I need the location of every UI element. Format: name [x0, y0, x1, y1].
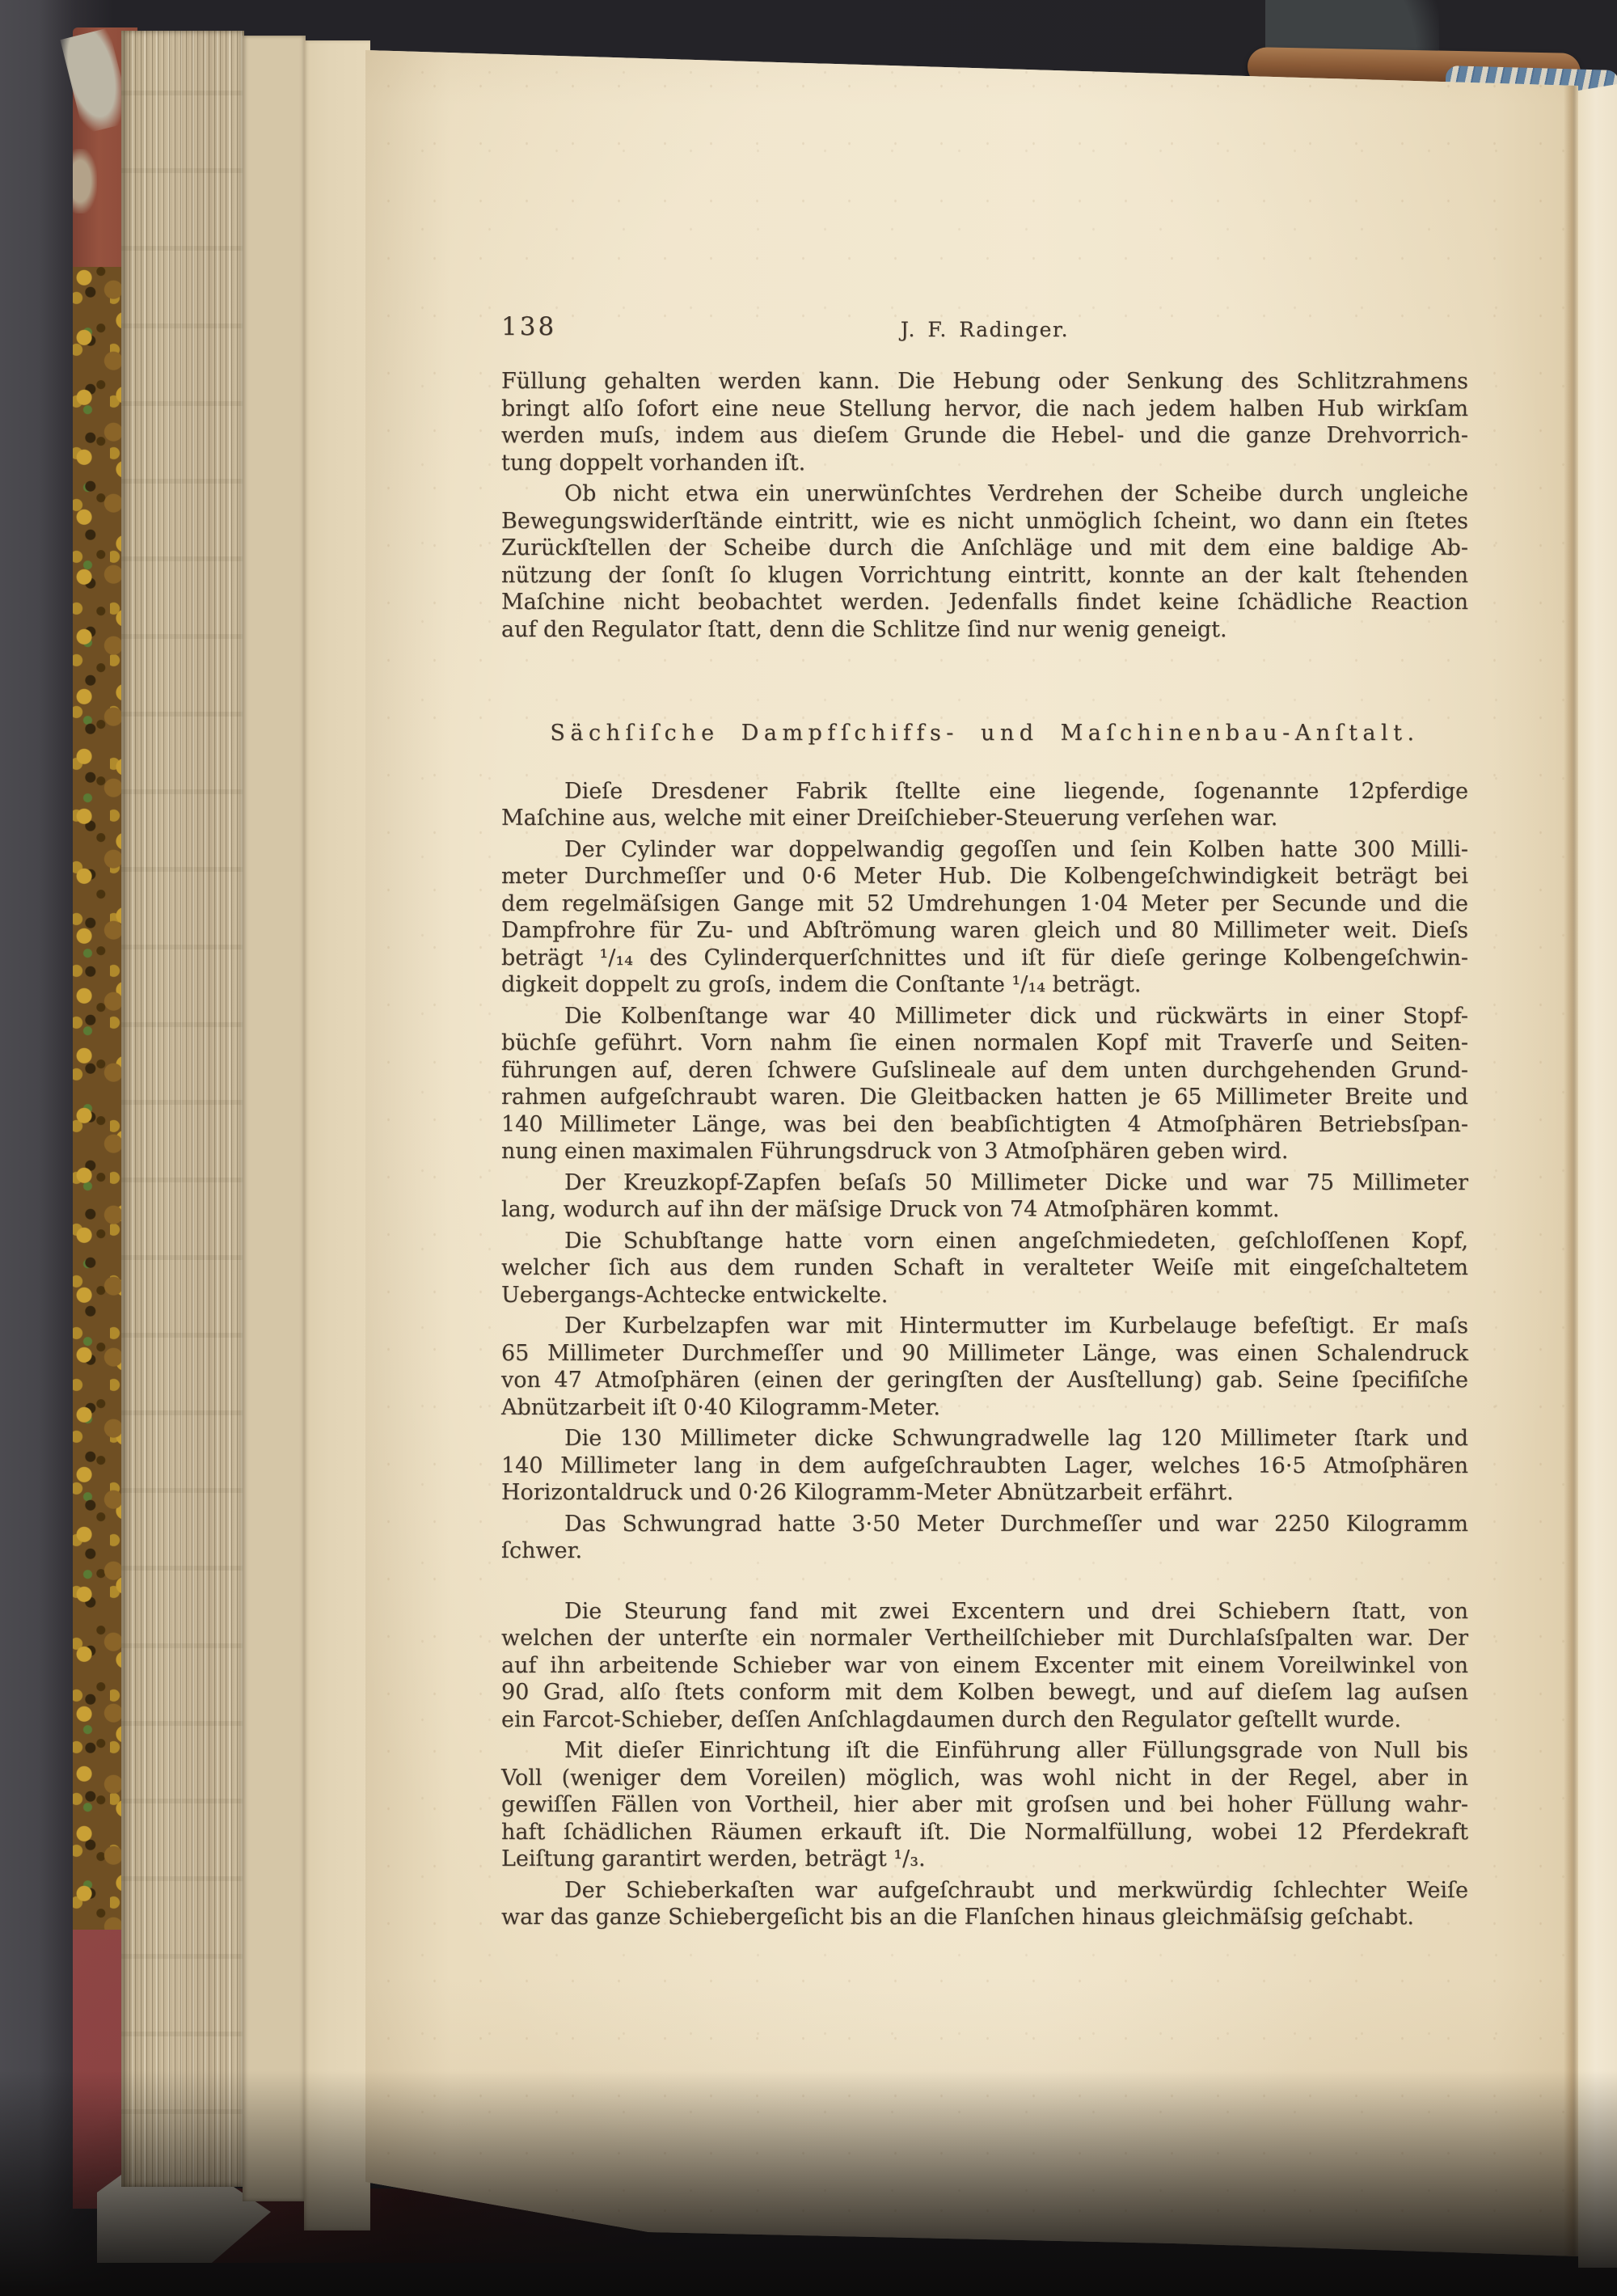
text-line: Der Kurbelzapfen war mit Hintermutter im… [501, 1313, 1468, 1340]
text-line: meter Durchmeſſer und 0·6 Meter Hub. Die… [501, 863, 1468, 890]
text-line: war das ganze Schiebergeſicht bis an die… [501, 1904, 1468, 1931]
paragraph: Die Steurung fand mit zwei Excentern und… [501, 1598, 1468, 1734]
text-line: Füllung gehalten werden kann. Die Hebung… [501, 368, 1468, 395]
paragraph: Der Kreuzkopf-Zapfen beſaſs 50 Millimete… [501, 1169, 1468, 1224]
text-line: beträgt ¹/₁₄ des Cylinderquerſchnittes u… [501, 945, 1468, 972]
paragraph: Die Schubſtange hatte vorn einen angeſch… [501, 1228, 1468, 1309]
text-line: Mit dieſer Einrichtung iſt die Einführun… [501, 1737, 1468, 1765]
paragraph: Der Cylinder war doppelwandig gegoſſen u… [501, 836, 1468, 999]
scanned-book-page: 138 J. F. Radinger. Füllung gehalten wer… [0, 0, 1617, 2296]
text-line: 90 Grad, alſo ſtets conform mit dem Kolb… [501, 1679, 1468, 1706]
text-line: Dampfrohre für Zu- und Abſtrömung waren … [501, 917, 1468, 945]
paragraph: Dieſe Dresdener Fabrik ſtellte eine lieg… [501, 778, 1468, 832]
paragraph: Der Kurbelzapfen war mit Hintermutter im… [501, 1313, 1468, 1421]
fore-edge-page-stack [121, 31, 244, 2187]
running-header: J. F. Radinger. [501, 318, 1468, 341]
page-gutter-crease [1564, 78, 1578, 2261]
text-line: dem regelmäſsigen Gange mit 52 Umdrehung… [501, 890, 1468, 918]
paragraph: Ob nicht etwa ein unerwünſchtes Verdrehe… [501, 480, 1468, 643]
text-line: Die 130 Millimeter dicke Schwungradwelle… [501, 1425, 1468, 1452]
vertical-gap [501, 1569, 1468, 1598]
text-line: 140 Millimeter Länge, was bei den beabſi… [501, 1111, 1468, 1139]
text-line: digkeit doppelt zu groſs, indem die Conſ… [501, 971, 1468, 999]
cover-wear-patch [73, 149, 97, 214]
text-line: Uebergangs-Achtecke entwickelte. [501, 1282, 1468, 1309]
text-line: welcher ſich aus dem runden Schaft in ve… [501, 1254, 1468, 1282]
text-line: Das Schwungrad hatte 3·50 Meter Durchmeſ… [501, 1511, 1468, 1538]
paragraph: Füllung gehalten werden kann. Die Hebung… [501, 368, 1468, 476]
text-line: bringt alſo ſofort eine neue Stellung he… [501, 395, 1468, 423]
text-line: Die Steurung fand mit zwei Excentern und… [501, 1598, 1468, 1626]
paragraph: Das Schwungrad hatte 3·50 Meter Durchmeſ… [501, 1511, 1468, 1565]
text-line: Der Cylinder war doppelwandig gegoſſen u… [501, 836, 1468, 864]
text-line: nützung der ſonſt ſo klugen Vorrichtung … [501, 562, 1468, 590]
text-line: Ob nicht etwa ein unerwünſchtes Verdrehe… [501, 480, 1468, 508]
scan-bottom-shadow [0, 2070, 1617, 2296]
text-line: Dieſe Dresdener Fabrik ſtellte eine lieg… [501, 778, 1468, 806]
text-line: werden muſs, indem aus dieſem Grunde die… [501, 422, 1468, 450]
text-line: Horizontaldruck und 0·26 Kilogramm-Meter… [501, 1479, 1468, 1507]
text-line: Abnützarbeit iſt 0·40 Kilogramm-Meter. [501, 1394, 1468, 1422]
text-line: auf den Regulator ſtatt, denn die Schlit… [501, 616, 1468, 644]
paragraph: Die Kolbenſtange war 40 Millimeter dick … [501, 1003, 1468, 1165]
text-line: gewiſſen Fällen von Vortheil, hier aber … [501, 1791, 1468, 1819]
text-line: Maſchine nicht beobachtet werden. Jedenf… [501, 589, 1468, 616]
gutter-page-sliver [1578, 84, 1617, 2268]
text-line: welchen der unterſte ein normaler Verthe… [501, 1625, 1468, 1652]
text-line: 65 Millimeter Durchmeſſer und 90 Millime… [501, 1340, 1468, 1368]
text-line: ein Farcot-Schieber, deſſen Anſchlagdaum… [501, 1706, 1468, 1734]
text-line: Die Kolbenſtange war 40 Millimeter dick … [501, 1003, 1468, 1030]
text-line: Die Schubſtange hatte vorn einen angeſch… [501, 1228, 1468, 1255]
paragraph: Die 130 Millimeter dicke Schwungradwelle… [501, 1425, 1468, 1507]
book-page: 138 J. F. Radinger. Füllung gehalten wer… [365, 0, 1578, 2296]
text-line: Maſchine aus, welche mit einer Dreiſchie… [501, 805, 1468, 832]
text-line: Leiſtung garantirt werden, beträgt ¹/₃. [501, 1846, 1468, 1873]
text-line: rahmen aufgeſchraubt waren. Die Gleitbac… [501, 1084, 1468, 1111]
text-line: Der Kreuzkopf-Zapfen beſaſs 50 Millimete… [501, 1169, 1468, 1197]
text-line: nung einen maximalen Führungsdruck von 3… [501, 1138, 1468, 1165]
text-column: Füllung gehalten werden kann. Die Hebung… [501, 368, 1468, 1935]
text-line: 140 Millimeter lang in dem aufgeſchraubt… [501, 1452, 1468, 1480]
text-line: auf ihn arbeitende Schieber war von eine… [501, 1652, 1468, 1680]
paragraph: Mit dieſer Einrichtung iſt die Einführun… [501, 1737, 1468, 1873]
text-line: führungen auf, deren ſchwere Guſslineale… [501, 1057, 1468, 1085]
under-page-edge [304, 40, 370, 2230]
text-line: Voll (weniger dem Voreilen) möglich, was… [501, 1765, 1468, 1792]
text-line: lang, wodurch auf ihn der mäſsige Druck … [501, 1196, 1468, 1224]
text-line: büchſe geführt. Vorn nahm ſie einen norm… [501, 1030, 1468, 1057]
text-line: Bewegungswiderſtände eintritt, wie es ni… [501, 508, 1468, 535]
text-line: Der Schieberkaſten war aufgeſchraubt und… [501, 1877, 1468, 1905]
section-heading: Sächſiſche Dampfſchiffs- und Maſchinenba… [501, 720, 1468, 747]
fore-edge-page-stack-outer [243, 36, 306, 2201]
text-line: ſchwer. [501, 1537, 1468, 1565]
text-line: von 47 Atmoſphären (einen der geringſten… [501, 1367, 1468, 1394]
paragraph: Der Schieberkaſten war aufgeſchraubt und… [501, 1877, 1468, 1931]
text-line: tung doppelt vorhanden iſt. [501, 450, 1468, 477]
text-line: haft ſchädlichen Räumen erkauft iſt. Die… [501, 1819, 1468, 1846]
text-line: Zurückſtellen der Scheibe durch die Anſc… [501, 535, 1468, 562]
